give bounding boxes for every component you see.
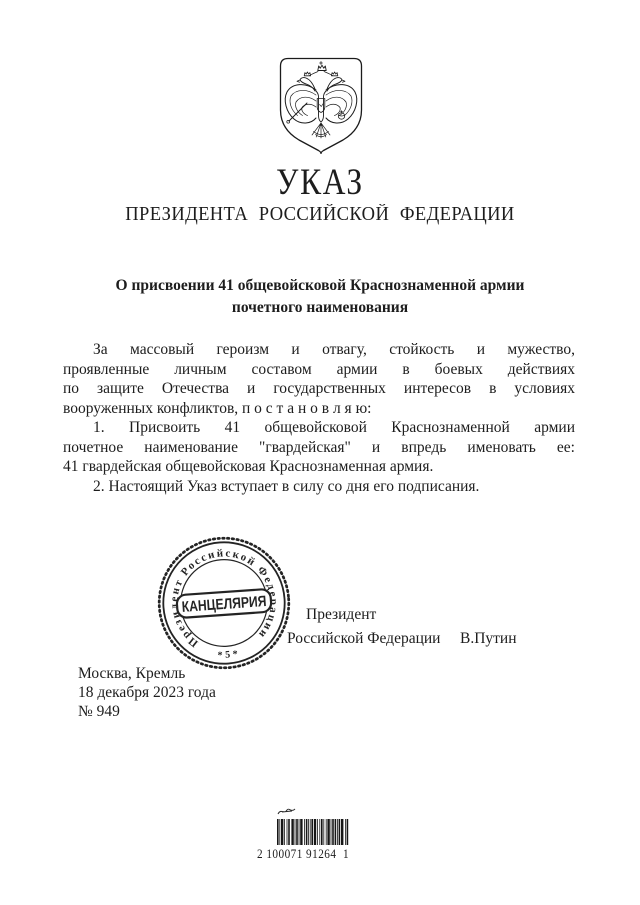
issue-number: № 949 (78, 702, 216, 721)
decree-subject: О присвоении 41 общевойсковой Краснознам… (64, 275, 576, 318)
subject-line: почетного наименования (64, 297, 576, 319)
body-line: За массовый героизм и отвагу, стойкость … (63, 340, 575, 360)
russia-coat-of-arms-icon (279, 57, 363, 154)
barcode-bars (277, 819, 349, 845)
document-subtitle: ПРЕЗИДЕНТА РОССИЙСКОЙ ФЕДЕРАЦИИ (16, 204, 624, 226)
chancellery-stamp: Президент Российской Федерации * 5 * КАН… (146, 525, 302, 681)
body-line: по защите Отечества и государственных ин… (63, 379, 575, 399)
decree-body: За массовый героизм и отвагу, стойкость … (63, 340, 575, 496)
body-line: проявленные личным составом армии в боев… (63, 360, 575, 380)
body-line: 41 гвардейская общевойсковая Краснознаме… (63, 457, 575, 477)
stamp-bottom-text: * 5 * (217, 649, 238, 661)
body-line: 2. Настоящий Указ вступает в силу со дня… (63, 477, 575, 497)
document-title: УКАЗ (48, 161, 592, 204)
decree-page: УКАЗ ПРЕЗИДЕНТА РОССИЙСКОЙ ФЕДЕРАЦИИ О п… (0, 0, 640, 905)
barcode-text: 2 100071 91264 1 (257, 847, 356, 862)
pen-mark-icon (276, 805, 300, 817)
signature-name: В.Путин (460, 630, 517, 648)
body-line: вооруженных конфликтов, п о с т а н о в … (63, 399, 575, 419)
body-line: почетное наименование "гвардейская" и вп… (63, 438, 575, 458)
signature-title-line1: Президент (306, 606, 376, 624)
body-line: 1. Присвоить 41 общевойсковой Краснознам… (63, 418, 575, 438)
issue-date: 18 декабря 2023 года (78, 683, 216, 702)
signature-title-line2: Российской Федерации (287, 630, 440, 648)
subject-line: О присвоении 41 общевойсковой Краснознам… (64, 275, 576, 297)
